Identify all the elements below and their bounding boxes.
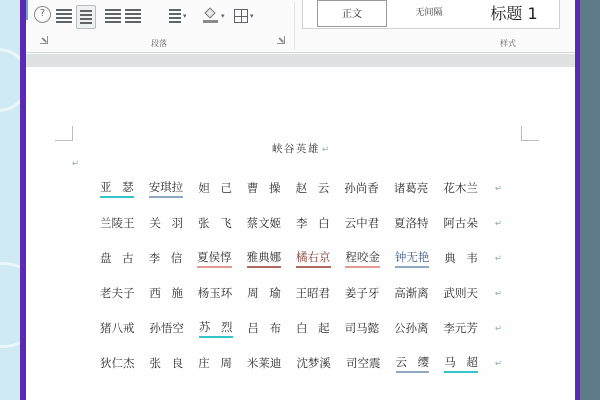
hero-name[interactable]: 杨玉环 [198, 285, 233, 302]
margin-crop-mark-top-left [55, 126, 73, 141]
hero-name[interactable]: 兰陵王 [100, 215, 135, 232]
styles-gallery: 正文无间隔标题 1 [302, 0, 560, 29]
align-right-button[interactable] [105, 9, 121, 23]
paragraph-mark: ↵ [495, 219, 502, 229]
hero-name[interactable]: 孙悟空 [149, 320, 184, 337]
watermark-circle [0, 262, 20, 348]
justify-icon [125, 9, 141, 23]
help-icon[interactable]: ? [34, 6, 51, 23]
hero-name[interactable]: 云中君 [345, 215, 380, 232]
screen: ? ▾ ▾ ▾ 段落 [0, 0, 600, 400]
margin-crop-mark-top-right [521, 126, 539, 141]
hero-name[interactable]: 安琪拉 [149, 179, 184, 198]
hero-name[interactable]: 花木兰 [443, 180, 478, 197]
paragraph-mark: ↵ [495, 289, 502, 299]
justify-button[interactable] [125, 9, 141, 23]
chevron-down-icon: ▾ [221, 12, 225, 20]
hero-name[interactable]: 马 超 [444, 354, 478, 373]
hero-name[interactable]: 蔡文姬 [247, 215, 282, 232]
shading-color-bar [203, 20, 218, 23]
hero-name[interactable]: 钟无艳 [395, 249, 430, 268]
paragraph-mark: ↵ [495, 254, 502, 264]
document-area-top [26, 54, 575, 67]
text-row[interactable]: 兰陵王关 羽张 飞蔡文姬李 白云中君夏洛特阿古朵↵ [100, 206, 502, 241]
hero-name[interactable]: 沈梦溪 [296, 355, 331, 372]
font-dialog-launcher-icon[interactable] [40, 36, 48, 44]
desktop-background-left [0, 0, 20, 400]
chevron-down-icon: ▾ [183, 12, 187, 20]
hero-name[interactable]: 苏 烈 [199, 319, 233, 338]
style-item[interactable]: 无间隔 [399, 0, 459, 27]
borders-icon [234, 9, 248, 23]
group-separator [294, 2, 295, 50]
hero-name[interactable]: 曹 操 [247, 180, 281, 197]
shading-icon [203, 8, 219, 23]
chevron-down-icon: ▾ [250, 12, 254, 20]
paragraph-mark: ↵ [72, 159, 79, 169]
paragraph-mark: ↵ [495, 324, 502, 334]
hero-name[interactable]: 姜子牙 [345, 285, 380, 302]
hero-name[interactable]: 老夫子 [100, 285, 135, 302]
hero-name[interactable]: 李元芳 [443, 320, 478, 337]
text-row[interactable]: 老夫子西 施杨玉环周 瑜王昭君姜子牙高渐离武则天↵ [100, 276, 502, 311]
hero-name[interactable]: 赵 云 [296, 180, 330, 197]
hero-name[interactable]: 亚 瑟 [100, 179, 134, 198]
watermark-circle [0, 48, 20, 112]
text-row[interactable]: 猪八戒孙悟空苏 烈吕 布白 起司马懿公孙离李元芳↵ [100, 311, 502, 346]
text-row[interactable]: 盘 古李 信夏侯惇雅典娜橘右京程咬金钟无艳典 韦↵ [100, 241, 502, 276]
shading-button[interactable]: ▾ [203, 8, 225, 23]
style-item[interactable]: 标题 1 [473, 0, 555, 27]
hero-name[interactable]: 橘右京 [296, 249, 331, 268]
paragraph-group-label: 段落 [138, 38, 180, 49]
hero-name[interactable]: 公孙离 [394, 320, 429, 337]
align-center-button[interactable] [76, 5, 96, 29]
text-row[interactable]: 亚 瑟安琪拉妲 己曹 操赵 云孙尚香诸葛亮花木兰↵ [100, 171, 502, 206]
style-item[interactable]: 正文 [317, 0, 387, 27]
paragraph-mark: ↵ [495, 359, 502, 369]
hero-name[interactable]: 西 施 [149, 285, 183, 302]
borders-button[interactable]: ▾ [234, 9, 254, 23]
hero-name[interactable]: 吕 布 [247, 320, 281, 337]
hero-name[interactable]: 王昭君 [296, 285, 331, 302]
ribbon: ? ▾ ▾ ▾ 段落 [26, 0, 575, 53]
hero-name[interactable]: 夏侯惇 [197, 249, 232, 268]
hero-name[interactable]: 关 羽 [149, 215, 183, 232]
hero-name[interactable]: 狄仁杰 [100, 355, 135, 372]
hero-name[interactable]: 张 良 [150, 355, 184, 372]
hero-name[interactable]: 高渐离 [394, 285, 429, 302]
hero-name[interactable]: 阿古朵 [443, 215, 478, 232]
paragraph-mark: ↵ [495, 184, 502, 194]
align-right-icon [105, 9, 121, 23]
distributed-alignment-button[interactable] [26, 0, 28, 20]
align-left-button[interactable] [56, 9, 72, 23]
hero-name[interactable]: 周 瑜 [247, 285, 281, 302]
paragraph-mark: ↵ [322, 145, 329, 155]
align-left-icon [56, 9, 72, 23]
hero-name[interactable]: 典 韦 [444, 250, 478, 267]
hero-name[interactable]: 李 白 [296, 215, 330, 232]
hero-name[interactable]: 夏洛特 [394, 215, 429, 232]
hero-name[interactable]: 司马懿 [345, 320, 380, 337]
document-title-line[interactable]: 峡谷英雄↵ [26, 141, 575, 156]
document-rows: 亚 瑟安琪拉妲 己曹 操赵 云孙尚香诸葛亮花木兰↵兰陵王关 羽张 飞蔡文姬李 白… [100, 171, 502, 381]
paragraph-dialog-launcher-icon[interactable] [277, 36, 285, 44]
hero-name[interactable]: 孙尚香 [344, 180, 379, 197]
line-spacing-button[interactable]: ▾ [169, 9, 187, 23]
styles-group-label: 样式 [500, 38, 516, 49]
document-title[interactable]: 峡谷英雄 [272, 143, 320, 155]
hero-name[interactable]: 云 缨 [396, 354, 430, 373]
hero-name[interactable]: 李 信 [149, 250, 183, 267]
hero-name[interactable]: 诸葛亮 [394, 180, 429, 197]
hero-name[interactable]: 武则天 [444, 285, 479, 302]
hero-name[interactable]: 猪八戒 [100, 320, 135, 337]
desktop-background-right [580, 0, 600, 400]
word-window: ? ▾ ▾ ▾ 段落 [26, 0, 575, 400]
hero-name[interactable]: 程咬金 [345, 249, 380, 268]
hero-name[interactable]: 庄 周 [198, 355, 232, 372]
hero-name[interactable]: 司空震 [346, 355, 381, 372]
document-page[interactable]: 峡谷英雄↵ ↵ 亚 瑟安琪拉妲 己曹 操赵 云孙尚香诸葛亮花木兰↵兰陵王关 羽张… [26, 67, 575, 400]
hero-name[interactable]: 雅典娜 [247, 249, 282, 268]
hero-name[interactable]: 白 起 [296, 320, 330, 337]
align-center-icon [80, 10, 92, 24]
hero-name[interactable]: 米莱迪 [247, 355, 282, 372]
line-spacing-icon [169, 9, 181, 23]
hero-name[interactable]: 盘 古 [100, 250, 134, 267]
shading-diamond [204, 7, 215, 18]
hero-name[interactable]: 妲 己 [198, 180, 232, 197]
hero-name[interactable]: 张 飞 [198, 215, 232, 232]
text-row[interactable]: 狄仁杰张 良庄 周米莱迪沈梦溪司空震云 缨马 超↵ [100, 346, 502, 381]
